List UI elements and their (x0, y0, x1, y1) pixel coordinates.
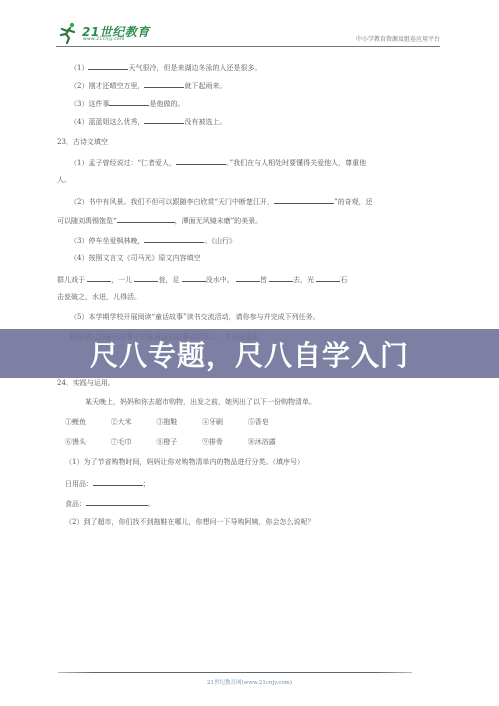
answer-blank[interactable] (144, 116, 184, 124)
header-divider (56, 46, 440, 47)
list-item: ⑥馒头 (65, 438, 86, 446)
list-item: ⑤香皂 (248, 418, 269, 426)
q23-part-1: （1）孟子曾经说过：“仁者爱人，。”我们在与人相处时要懂得关爱他人，尊重他 (70, 157, 366, 168)
list-item: ⑦毛巾 (111, 438, 132, 446)
q24-sub-2: （2）到了超市，你们找不到拖鞋在哪儿，你想问一下导购阿姨，你会怎么说呢？ (65, 518, 314, 527)
q23-part-1-cont: 人。 (57, 176, 71, 185)
item-text: 是他做的。 (149, 100, 184, 108)
food-line: 食品：。 (65, 498, 155, 509)
item-text: ，一儿 (111, 276, 132, 284)
answer-blank[interactable] (144, 235, 204, 243)
item-text: 。”我们在与人相处时要懂得关爱他人，尊重他 (226, 159, 366, 167)
answer-blank[interactable] (274, 196, 334, 204)
answer-blank[interactable] (144, 80, 184, 88)
list-item: ⑧橙子 (156, 438, 177, 446)
answer-blank[interactable] (134, 274, 158, 282)
list-item: ②大米 (111, 418, 132, 426)
q22-item-2: （2）刚才还晴空万里，就下起雨来。 (70, 80, 226, 91)
q22-item-4: （4）蓝蓝姐这么优秀，没有被选上。 (70, 116, 226, 127)
q24-intro: 某天晚上，妈妈和你去超市购物，出发之前，她列出了以下一份购物清单。 (85, 398, 316, 407)
list-item: ④牙刷 (202, 418, 223, 426)
q23-part-3: （3）停车坐爱枫林晚，。《山行》 (70, 235, 236, 246)
answer-blank[interactable] (176, 157, 226, 165)
item-text: 天气很冷，但是来湖边冬泳的人还是很多。 (128, 64, 261, 72)
runner-logo-icon (58, 22, 78, 44)
answer-blank[interactable] (109, 98, 149, 106)
answer-blank[interactable] (269, 274, 293, 282)
shopping-list-row-1: ①鲤鱼 ②大米 ③拖鞋 ④牙刷 ⑤香皂 (65, 418, 269, 427)
title-banner: 尺八专题，尺八自学入门 (0, 329, 499, 378)
q24-sub-1: （1）为了节省购物时间，妈妈让你对购物清单内的物品进行分类。（填序号） (65, 458, 304, 467)
item-text: 没有被选上。 (184, 118, 226, 126)
logo-url: www.21cnjy.com (83, 37, 125, 42)
food-blank[interactable] (86, 498, 148, 506)
punctuation: ； (143, 480, 150, 488)
answer-blank[interactable] (236, 274, 260, 282)
q23-part-4: （4）按照文言文《司马光》原文内容填空 (70, 254, 200, 263)
item-text: ，潭面无风镜未磨”的美景。 (175, 217, 263, 225)
q23-part-4-end: 击瓮破之，水迸，儿得活。 (57, 293, 141, 302)
item-text: 。《山行》 (204, 237, 236, 245)
list-item: ③拖鞋 (156, 418, 177, 426)
q22-item-3: （3）这件事是他做的。 (70, 98, 184, 109)
site-logo[interactable]: 21世纪教育 www.21cnjy.com (56, 22, 166, 46)
answer-blank[interactable] (117, 215, 175, 223)
q23-part-2-cont: 可以随刘禹锡饱览“，潭面无风镜未磨”的美景。 (57, 215, 262, 226)
item-text: 刚才还晴空万里， (88, 82, 144, 90)
item-text: 就下起雨来。 (184, 82, 226, 90)
daily-goods-line: 日用品：； (65, 478, 150, 489)
item-text: 去，光 (293, 276, 314, 284)
item-text: 皆 (260, 276, 267, 284)
item-text: 可以随刘禹锡饱览“ (57, 217, 117, 225)
food-label: 食品： (65, 500, 86, 508)
item-text: 石 (340, 276, 347, 284)
q23-part-5: （5）本学期学校开展阅读“童话故事”读书交流活动，请你参与并完成下列任务。 (70, 313, 320, 322)
footer-divider (58, 672, 412, 673)
item-number: （2） (70, 82, 88, 90)
item-number: （3） (70, 100, 88, 108)
answer-blank[interactable] (182, 274, 206, 282)
item-text: 这件事 (88, 100, 109, 108)
q22-item-1: （1）天气很冷，但是来湖边冬泳的人还是很多。 (70, 62, 261, 73)
daily-goods-blank[interactable] (93, 478, 143, 486)
answer-blank[interactable] (316, 274, 340, 282)
daily-goods-label: 日用品： (65, 480, 93, 488)
answer-blank[interactable] (87, 274, 111, 282)
item-text: 没水中。 (206, 276, 234, 284)
item-text: ”的奇观，还 (334, 198, 373, 206)
item-number: （1） (70, 64, 88, 72)
list-item: ⑨排骨 (202, 438, 223, 446)
item-text: 群儿戏于 (57, 276, 85, 284)
item-text: 瓮，足 (158, 276, 179, 284)
item-text: 蓝蓝姐这么优秀， (88, 118, 144, 126)
document-page: 21世纪教育 www.21cnjy.com 中小学教育资源及组卷应用平台 （1）… (0, 0, 499, 706)
page-header: 21世纪教育 www.21cnjy.com 中小学教育资源及组卷应用平台 (56, 20, 440, 46)
q23-part-4-fill: 群儿戏于 ，一儿 瓮，足 没水中。 皆 去，光 石 (57, 274, 347, 285)
platform-name: 中小学教育资源及组卷应用平台 (356, 34, 440, 43)
banner-title: 尺八专题，尺八自学入门 (0, 329, 499, 378)
footer-link[interactable]: 21世纪教育网(www.21cnjy.com) (0, 678, 499, 686)
q23-part-2: （2）书中有风景。我们不但可以跟随李白欣赏“天门中断楚江开，”的奇观，还 (70, 196, 373, 207)
item-text: （1）孟子曾经说过：“仁者爱人， (70, 159, 176, 167)
list-item: ⑩沐浴露 (248, 438, 276, 446)
item-number: （4） (70, 118, 88, 126)
answer-blank[interactable] (88, 62, 128, 70)
q24-title: 24．实践与运用。 (57, 379, 115, 388)
item-text: （3）停车坐爱枫林晚， (70, 237, 144, 245)
punctuation: 。 (148, 500, 155, 508)
item-text: （2）书中有风景。我们不但可以跟随李白欣赏“天门中断楚江开， (70, 198, 274, 206)
shopping-list-row-2: ⑥馒头 ⑦毛巾 ⑧橙子 ⑨排骨 ⑩沐浴露 (65, 438, 276, 447)
q23-title: 23．古诗文填空 (57, 138, 108, 147)
list-item: ①鲤鱼 (65, 418, 86, 426)
